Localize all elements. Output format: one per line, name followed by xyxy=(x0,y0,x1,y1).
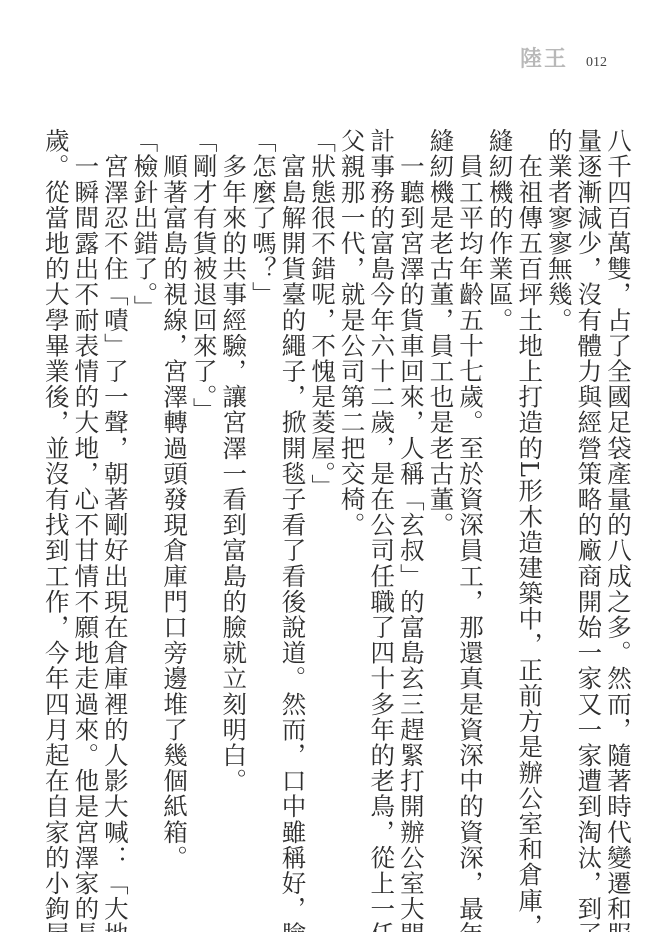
vertical-body-text: 八千四百萬雙，占了全國足袋產量的八成之多。然而，隨著時代變遷和服飾流行的變化，需… xyxy=(33,128,633,868)
text-column: 「檢針出錯了。」 xyxy=(130,128,160,868)
text-column: 歲。從當地的大學畢業後，並沒有找到工作，今年四月起在自家的小鉤屋上班。檢針——也… xyxy=(41,128,71,868)
text-column: 父親那一代，就是公司第二把交椅。 xyxy=(337,128,367,868)
text-column: 富島解開貨臺的繩子，掀開毯子看了看後說道。然而，口中雖稱好，臉上卻沒有喜色。 xyxy=(278,128,308,868)
text-column: 縫紉機是老古董，員工也是老古董。 xyxy=(426,128,456,868)
text-column: 宮澤忍不住「嘖」了一聲，朝著剛好出現在倉庫裡的人影大喊：「大地！」 xyxy=(100,128,130,868)
text-column: 量逐漸減少，沒有體力與經營策略的廠商開始一家又一家遭到淘汰，到了此刻，還能存活下… xyxy=(574,128,604,868)
book-title: 陸王 xyxy=(520,42,568,73)
text-column: 順著富島的視線，宮澤轉過頭發現倉庫門口旁邊堆了幾個紙箱。 xyxy=(160,128,190,868)
text-column: 「剛才有貨被退回來了。」 xyxy=(189,128,219,868)
text-column: 多年來的共事經驗，讓宮澤一看到富島的臉就立刻明白。 xyxy=(219,128,249,868)
text-column: 「怎麼了嗎？」 xyxy=(248,128,278,868)
text-column: 八千四百萬雙，占了全國足袋產量的八成之多。然而，隨著時代變遷和服飾流行的變化，需… xyxy=(603,128,633,868)
text-column: 縫紉機的作業區。 xyxy=(485,128,515,868)
text-column: 員工平均年齡五十七歲。至於資深員工，那還真是資深中的資深，最年長的是七十五歲。 xyxy=(455,128,485,868)
text-column: 的業者寥寥無幾。 xyxy=(544,128,574,868)
text-column: 一聽到宮澤的貨車回來，人稱「玄叔」的富島玄三趕緊打開辦公室大門衝了出來。負責會 xyxy=(396,128,426,868)
text-column: 計事務的富島今年六十二歲，是在公司任職了四十多年的老鳥，從上一任社長，也就是宮澤… xyxy=(367,128,397,868)
page-number: 012 xyxy=(586,55,607,71)
running-header: 陸王 012 xyxy=(520,42,607,73)
text-column: 一瞬間露出不耐表情的大地，心不甘情不願地走過來。他是宮澤家的長子，今年二十三 xyxy=(71,128,101,868)
text-column: 「狀態很不錯呢，不愧是菱屋。」 xyxy=(307,128,337,868)
text-column: 在祖傳五百坪土地上打造的L形木造建築中，正前方是辦公室和倉庫，左側則是有好幾部 xyxy=(515,128,545,868)
